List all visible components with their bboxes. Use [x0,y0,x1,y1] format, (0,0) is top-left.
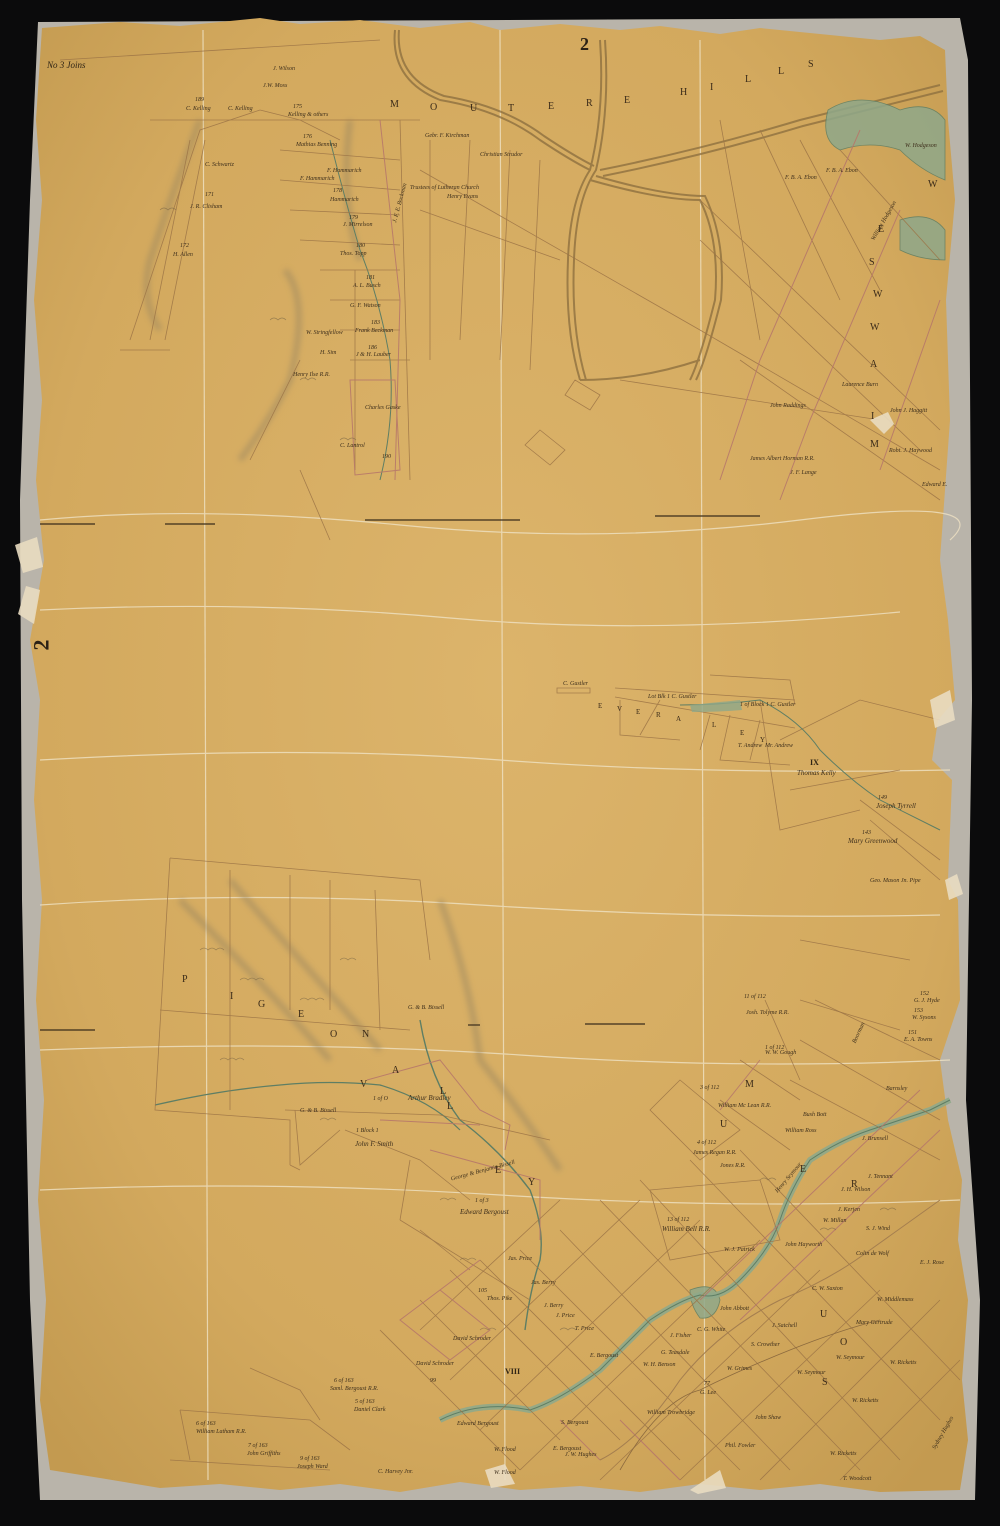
sheet-number-label: No 3 Joins [47,60,86,70]
block-numeral-ix: IX [810,758,819,767]
block-numeral-viii: VIII [505,1367,520,1376]
top-sheet-marker: 2 [580,34,589,55]
paper-sheet [30,18,968,1492]
sheet-edge-marker: 2 [29,640,55,651]
map-canvas: No 3 Joins 2 2 M O U T E R E H I L L S W… [0,0,1000,1526]
